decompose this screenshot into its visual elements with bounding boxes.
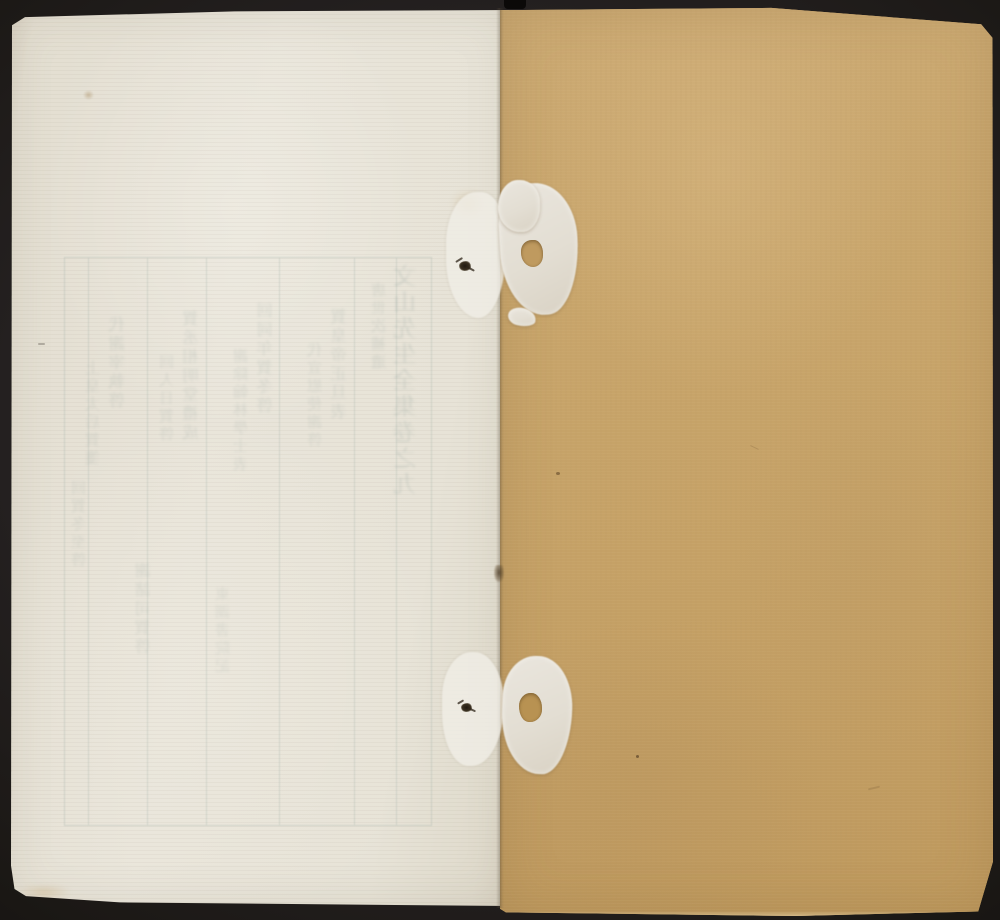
edge-discoloration (18, 884, 70, 900)
bleedthrough-text-column: 東湖書院記 (216, 586, 231, 676)
bleedthrough-text-column: 賀皇帝正旦表 (332, 308, 348, 422)
paper-speck (38, 343, 45, 345)
bleedthrough-column-rule (354, 258, 355, 825)
bleedthrough-text-column: 回賀冬至啓 (72, 480, 87, 570)
bleedthrough-text-column: 唐世次補遺 (372, 282, 387, 372)
cover-fiber-texture (500, 7, 993, 916)
bleedthrough-text-column: 上皇太后賀箋 (86, 360, 101, 468)
bleedthrough-text-column: 代宣慰使謝啓 (308, 342, 323, 450)
paper-speck (556, 472, 560, 475)
right-back-cover (500, 7, 993, 916)
upper-patch-left-half (446, 192, 506, 318)
bleedthrough-column-rule (206, 258, 207, 825)
cover-bottom-edge-highlight (500, 911, 993, 916)
bleedthrough-column-rule (88, 258, 89, 825)
left-blank-page: 文山先生全集卷之九 唐世次補遺 賀皇帝正旦表 代宣慰使謝啓 回同年賀冬啓 謝除翰… (10, 10, 509, 906)
book-scan: 文山先生全集卷之九 唐世次補遺 賀皇帝正旦表 代宣慰使謝啓 回同年賀冬啓 謝除翰… (0, 0, 1000, 920)
binding-gap-notch (504, 0, 526, 9)
bleedthrough-text-column: 回人日賀啓 (160, 354, 175, 444)
gutter-shadow (496, 8, 504, 908)
bleedthrough-text-column: 謝除翰林學士表 (234, 348, 249, 474)
bleedthrough-text-column: 回同年賀冬啓 (258, 302, 274, 416)
bleedthrough-text-column: 代謝宰執啓 (110, 316, 126, 411)
upper-patch-hole (521, 240, 543, 267)
bleedthrough-column-rule (147, 258, 148, 825)
edge-tear-mark (494, 565, 504, 582)
paper-speck (636, 755, 639, 758)
lower-patch-hole (519, 693, 542, 722)
bleedthrough-text-column: 謝諸司賀啓 (136, 562, 152, 657)
bleedthrough-column-rule (279, 258, 280, 825)
bleedthrough-text-column: 賀丞相明堂禮成 (184, 310, 200, 443)
bleedthrough-title-column: 文山先生全集卷之九 (396, 264, 419, 498)
foxing-stain (83, 90, 94, 100)
upper-repair-patch-lobe (498, 180, 540, 232)
